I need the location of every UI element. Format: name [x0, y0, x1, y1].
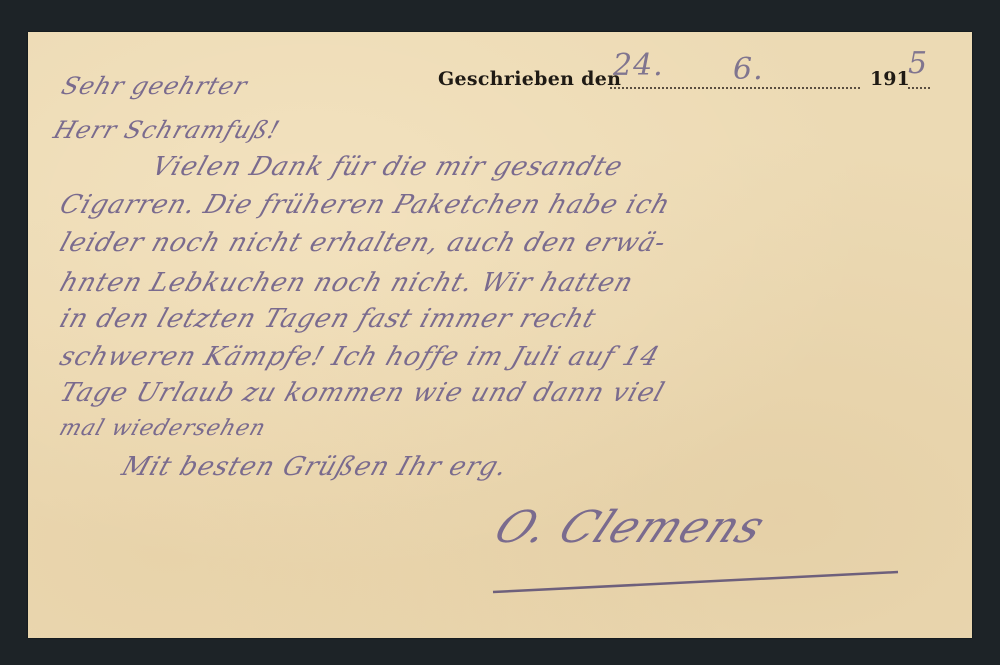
body-line: Vielen Dank für die mir gesandte	[148, 152, 627, 182]
postcard: Geschrieben den 191 24. 6. 5 Sehr geehrt…	[28, 32, 972, 638]
salutation-line: Herr Schramfuß!	[50, 116, 284, 144]
body-line: Tage Urlaub zu kommen wie und dann viel	[56, 378, 669, 408]
body-line: mal wiedersehen	[56, 416, 269, 441]
date-month: 6.	[733, 52, 764, 87]
date-day: 24.	[613, 48, 664, 83]
body-line: in den letzten Tagen fast immer recht	[56, 304, 600, 334]
signature-underline-icon	[488, 567, 908, 597]
signature: O. Clemens	[486, 502, 774, 553]
year-dotted-line	[908, 87, 930, 89]
body-line: leider noch nicht erhalten, auch den erw…	[56, 228, 670, 258]
printed-header: Geschrieben den	[438, 68, 621, 90]
date-dotted-line	[610, 87, 860, 89]
printed-year-prefix: 191	[870, 68, 910, 90]
body-line: hnten Lebkuchen noch nicht. Wir hatten	[56, 268, 637, 298]
body-line: Cigarren. Die früheren Paketchen habe ic…	[56, 190, 674, 220]
closing-line: Mit besten Grüßen Ihr erg.	[118, 452, 512, 482]
date-year-suffix: 5	[908, 46, 928, 81]
body-line: schweren Kämpfe! Ich hoffe im Juli auf 1…	[56, 342, 663, 372]
salutation-line: Sehr geehrter	[58, 72, 251, 100]
